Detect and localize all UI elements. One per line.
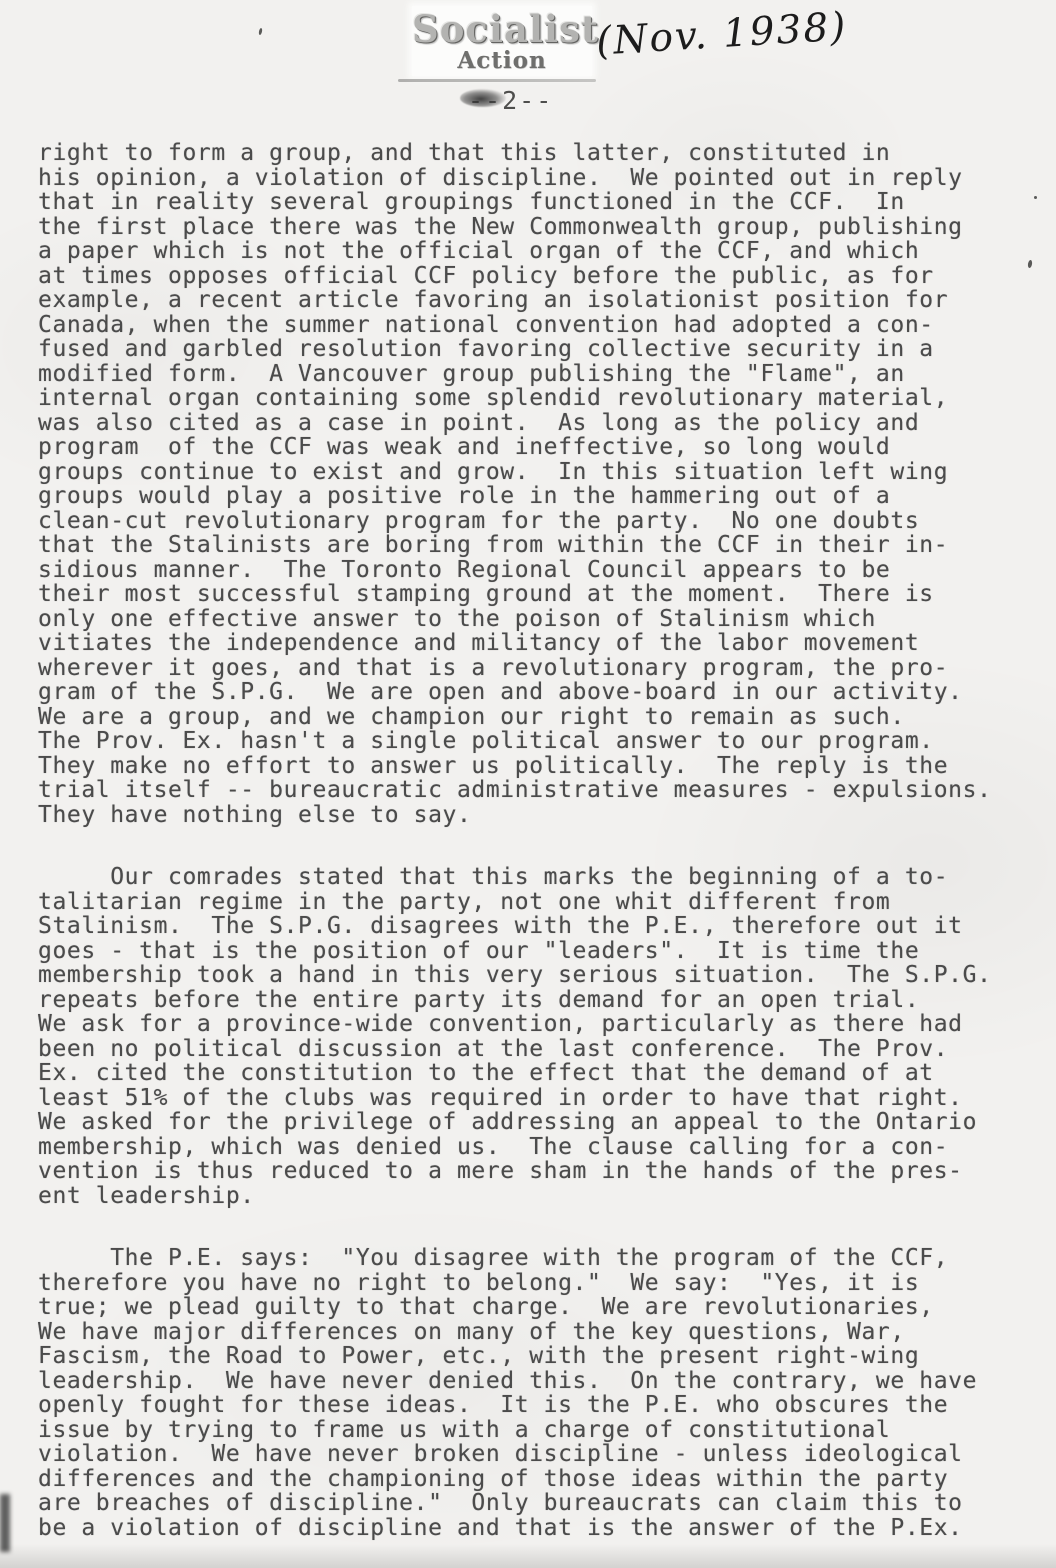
paragraph: The P.E. says: "You disagree with the pr… <box>38 1246 1038 1540</box>
scan-speck <box>1034 196 1037 199</box>
scan-bottom-shadow <box>0 1544 1056 1568</box>
page-number: --2-- <box>468 86 553 115</box>
handwritten-date: (Nov. 1938) <box>595 4 849 64</box>
scanned-document-page: Socialist Action (Nov. 1938) --2-- right… <box>0 0 1056 1568</box>
paragraph: right to form a group, and that this lat… <box>38 141 1038 827</box>
document-body: right to form a group, and that this lat… <box>38 141 1038 1540</box>
socialist-action-logo: Socialist Action <box>412 6 592 76</box>
ink-smudge <box>460 89 506 107</box>
logo-action-text: Action <box>412 48 592 74</box>
paragraph: Our comrades stated that this marks the … <box>38 865 1038 1208</box>
logo-socialist-text: Socialist <box>412 10 592 48</box>
logo-underline <box>398 79 596 82</box>
scan-speck <box>258 28 262 35</box>
scan-edge-artifact <box>0 1494 10 1552</box>
